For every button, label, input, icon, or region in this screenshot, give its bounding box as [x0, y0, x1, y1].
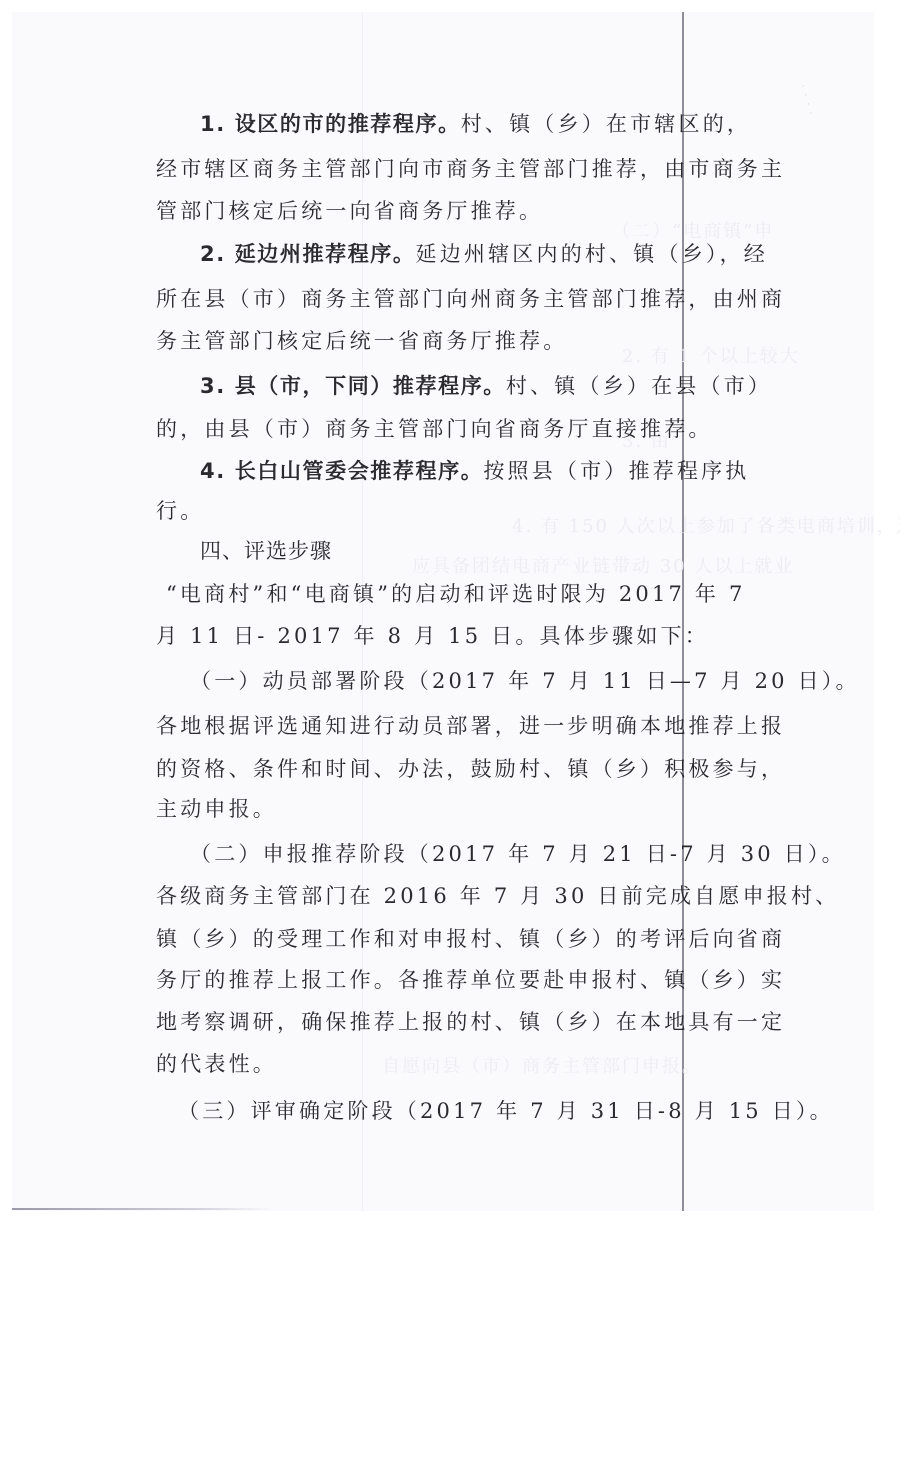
paragraph-line: 各级商务主管部门在 2016 年 7 月 30 日前完成自愿申报村、 [156, 882, 839, 910]
item-4-line-1: 4. 长白山管委会推荐程序。按照县（市）推荐程序执 [200, 457, 750, 485]
paragraph-line: 地考察调研，确保推荐上报的村、镇（乡）在本地具有一定 [156, 1008, 785, 1036]
paragraph-line: 经市辖区商务主管部门向市商务主管部门推荐，由市商务主 [156, 155, 785, 183]
paragraph-line: 的资格、条件和时间、办法，鼓励村、镇（乡）积极参与， [156, 755, 785, 783]
paragraph-line: 行。 [156, 497, 204, 525]
item-1-line-1: 1. 设区的市的推荐程序。村、镇（乡）在市辖区的， [200, 110, 751, 138]
bleed-text: 应具备团结电商产业链带动 30 人以上就业 [412, 552, 794, 578]
item-4-title: 4. 长白山管委会推荐程序。 [200, 459, 483, 483]
paragraph-line: 主动申报。 [156, 795, 277, 823]
paragraph-line: “电商村”和“电商镇”的启动和评选时限为 2017 年 7 [166, 580, 746, 608]
item-3-line-1: 3. 县（市，下同）推荐程序。村、镇（乡）在县（市） [200, 372, 772, 400]
paragraph-line: 的，由县（市）商务主管部门向省商务厅直接推荐。 [156, 415, 713, 443]
stage-3-title: （三）评审确定阶段（2017 年 7 月 31 日-8 月 15 日）。 [178, 1097, 834, 1125]
item-2-title: 2. 延边州推荐程序。 [200, 242, 416, 266]
scan-specks: · · · · [802, 82, 832, 132]
paragraph-line: 各地根据评选通知进行动员部署，进一步明确本地推荐上报 [156, 712, 785, 740]
stage-1-title: （一）动员部署阶段（2017 年 7 月 11 日—7 月 20 日）。 [190, 667, 860, 695]
paragraph-line: 务厅的推荐上报工作。各推荐单位要赴申报村、镇（乡）实 [156, 966, 785, 994]
paragraph-line: 镇（乡）的受理工作和对申报村、镇（乡）的考评后向省商 [156, 925, 785, 953]
paragraph-line: 的代表性。 [156, 1050, 277, 1078]
section-heading: 四、评选步骤 [200, 537, 332, 565]
stage-2-title: （二）申报推荐阶段（2017 年 7 月 21 日-7 月 30 日）。 [190, 840, 846, 868]
item-1-title: 1. 设区的市的推荐程序。 [200, 112, 461, 136]
item-2-line-1: 2. 延边州推荐程序。延边州辖区内的村、镇（乡），经 [200, 240, 768, 268]
bleed-text: 2. 有 1 个以上较大 [622, 342, 800, 368]
paragraph-line: 月 11 日- 2017 年 8 月 15 日。具体步骤如下： [156, 622, 709, 650]
bleed-text: 4. 有 150 人次以上参加了各类电商培训，通过培训带动 [512, 512, 900, 538]
item-3-title: 3. 县（市，下同）推荐程序。 [200, 374, 506, 398]
bleed-text: 自愿向县（市）商务主管部门申报。 [382, 1052, 702, 1078]
paragraph-line: 管部门核定后统一向省商务厅推荐。 [156, 197, 543, 225]
page-bottom-edge [12, 1208, 272, 1210]
paragraph-line: 务主管部门核定后统一省商务厅推荐。 [156, 327, 567, 355]
paragraph-line: 所在县（市）商务主管部门向州商务主管部门推荐，由州商 [156, 285, 785, 313]
